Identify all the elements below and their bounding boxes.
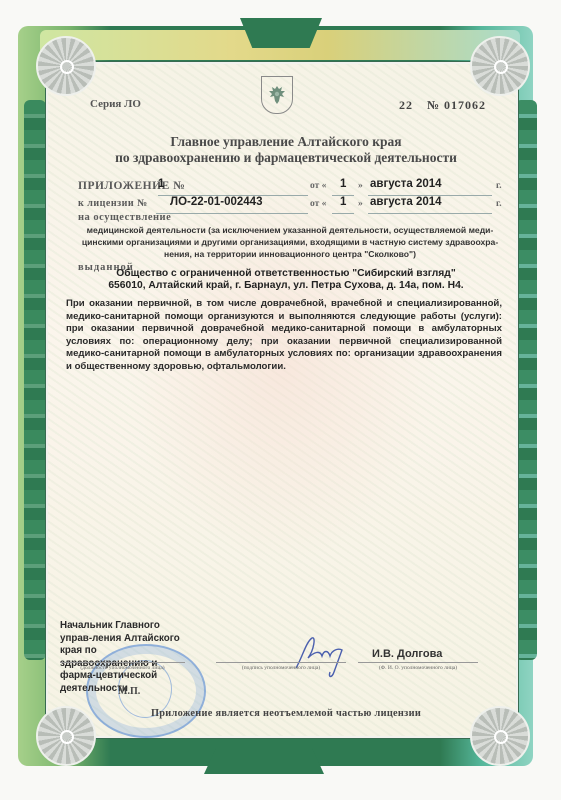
signer-line [358,662,478,663]
frame-right-pattern [515,100,537,660]
appendix-from-label: от « [310,181,326,191]
signature [288,628,350,680]
authority-line-2: по здравоохранению и фармацевтической де… [60,150,512,166]
frame-left-pattern [24,100,46,660]
activity-label: на осуществление [78,212,171,223]
appendix-number: 1 [158,178,164,190]
license-appendix-sheet: Серия ЛО 22№ 017062 Главное управление А… [0,0,561,800]
license-label: к лицензии № [78,198,148,209]
document-content: Серия ЛО 22№ 017062 Главное управление А… [60,62,512,734]
license-number: ЛО-22-01-002443 [170,196,262,208]
coat-of-arms-icon [261,76,293,114]
licensed-works: При оказании первичной, в том числе довр… [66,298,502,374]
licensee: Общество с ограниченной ответственностью… [60,268,512,292]
signature-line [216,662,346,663]
signer-caption: (Ф. И. О. уполномоченного лица) [358,665,478,671]
authority-line-1: Главное управление Алтайского края [60,134,512,150]
title-line [60,662,185,663]
series-label: Серия ЛО [90,98,141,110]
title-caption: (должность уполномоченного лица) [60,665,185,671]
serial-number: № 017062 [427,98,486,112]
appendix-month-year: августа 2014 [370,178,442,190]
frame-bottom-ornament [204,748,324,774]
signer-name: И.В. Долгова [372,648,442,660]
signature-caption: (подпись уполномоченного лица) [216,665,346,671]
frame-top-ornament [240,18,322,48]
seal-label: М.П. [118,686,140,697]
region-code: 22 [399,98,413,112]
appendix-row: ПРИЛОЖЕНИЕ № 1 от « 1 » августа 2014 г. [78,180,498,196]
organization-name: Общество с ограниченной ответственностью… [60,268,512,280]
organization-address: 656010, Алтайский край, г. Барнаул, ул. … [60,280,512,292]
issuing-authority: Главное управление Алтайского края по зд… [60,134,512,166]
appendix-label: ПРИЛОЖЕНИЕ № [78,180,185,192]
appendix-day: 1 [340,178,346,190]
license-day: 1 [340,196,346,208]
license-month-year: августа 2014 [370,196,442,208]
signatory-title: Начальник Главного управ-ления Алтайског… [60,620,185,695]
license-from-label: от « [310,199,326,209]
activity-description: медицинской деятельности (за исключением… [70,224,510,260]
footer-note: Приложение является неотъемлемой частью … [60,708,512,719]
form-number: 22№ 017062 [385,98,486,113]
